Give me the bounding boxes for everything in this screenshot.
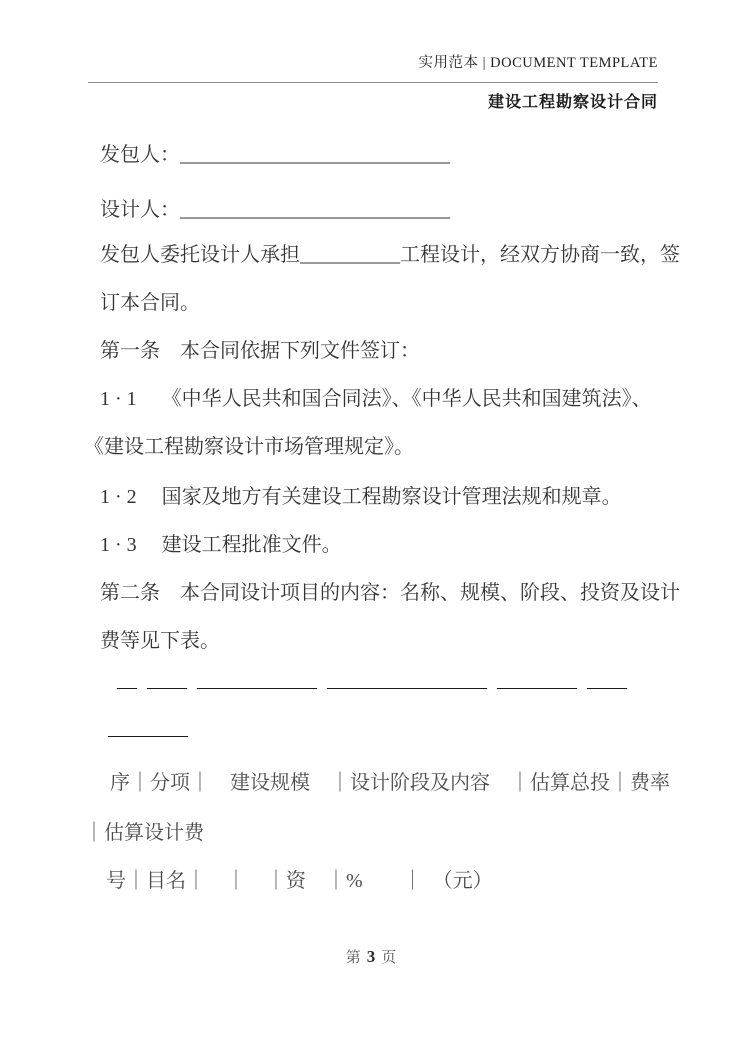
article-1-heading: 第一条 本合同依据下列文件签订： — [100, 338, 420, 364]
table-header-row-line-3: 号｜目名｜ ｜ ｜资 ｜% ｜ （元） — [106, 868, 493, 894]
article-2-line-1: 第二条 本合同设计项目的内容：名称、规模、阶段、投资及设计 — [100, 580, 680, 606]
clause-1-1-line-1: 1 · 1 《中华人民共和国合同法》、《中华人民共和国建筑法》、 — [100, 386, 652, 412]
table-top-border-line-2: ———— — [108, 722, 188, 748]
intro-line-2: 订本合同。 — [100, 290, 200, 316]
party-b-line: 设计人：___________________________ — [100, 197, 450, 223]
document-title: 建设工程勘察设计合同 — [488, 89, 658, 112]
table-top-border-line-1: — —— —————— ———————— ———— —— — [117, 674, 627, 700]
table-header-row-line-1: 序｜分项｜ 建设规模 ｜设计阶段及内容 ｜估算总投｜费率 — [110, 770, 670, 796]
party-a-line: 发包人：___________________________ — [100, 142, 450, 168]
clause-1-1-line-2: 《建设工程勘察设计市场管理规定》。 — [84, 434, 414, 460]
header-brand: 实用范本 | DOCUMENT TEMPLATE — [418, 51, 658, 72]
clause-1-3-line: 1 · 3 建设工程批准文件。 — [100, 532, 342, 558]
article-2-line-2: 费等见下表。 — [100, 628, 220, 654]
page-number-value: 3 — [363, 947, 382, 966]
page-number-prefix: 第 — [346, 950, 363, 966]
header-divider — [88, 82, 658, 83]
page-number-suffix: 页 — [381, 950, 398, 966]
table-header-row-line-2: ｜估算设计费 — [84, 820, 204, 846]
contract-page: 实用范本 | DOCUMENT TEMPLATE 建设工程勘察设计合同 发包人：… — [0, 0, 744, 1052]
clause-1-2-line: 1 · 2 国家及地方有关建设工程勘察设计管理法规和规章。 — [100, 484, 622, 510]
intro-line-1: 发包人委托设计人承担__________工程设计，经双方协商一致，签 — [100, 242, 680, 268]
page-number-footer: 第3页 — [0, 946, 744, 967]
